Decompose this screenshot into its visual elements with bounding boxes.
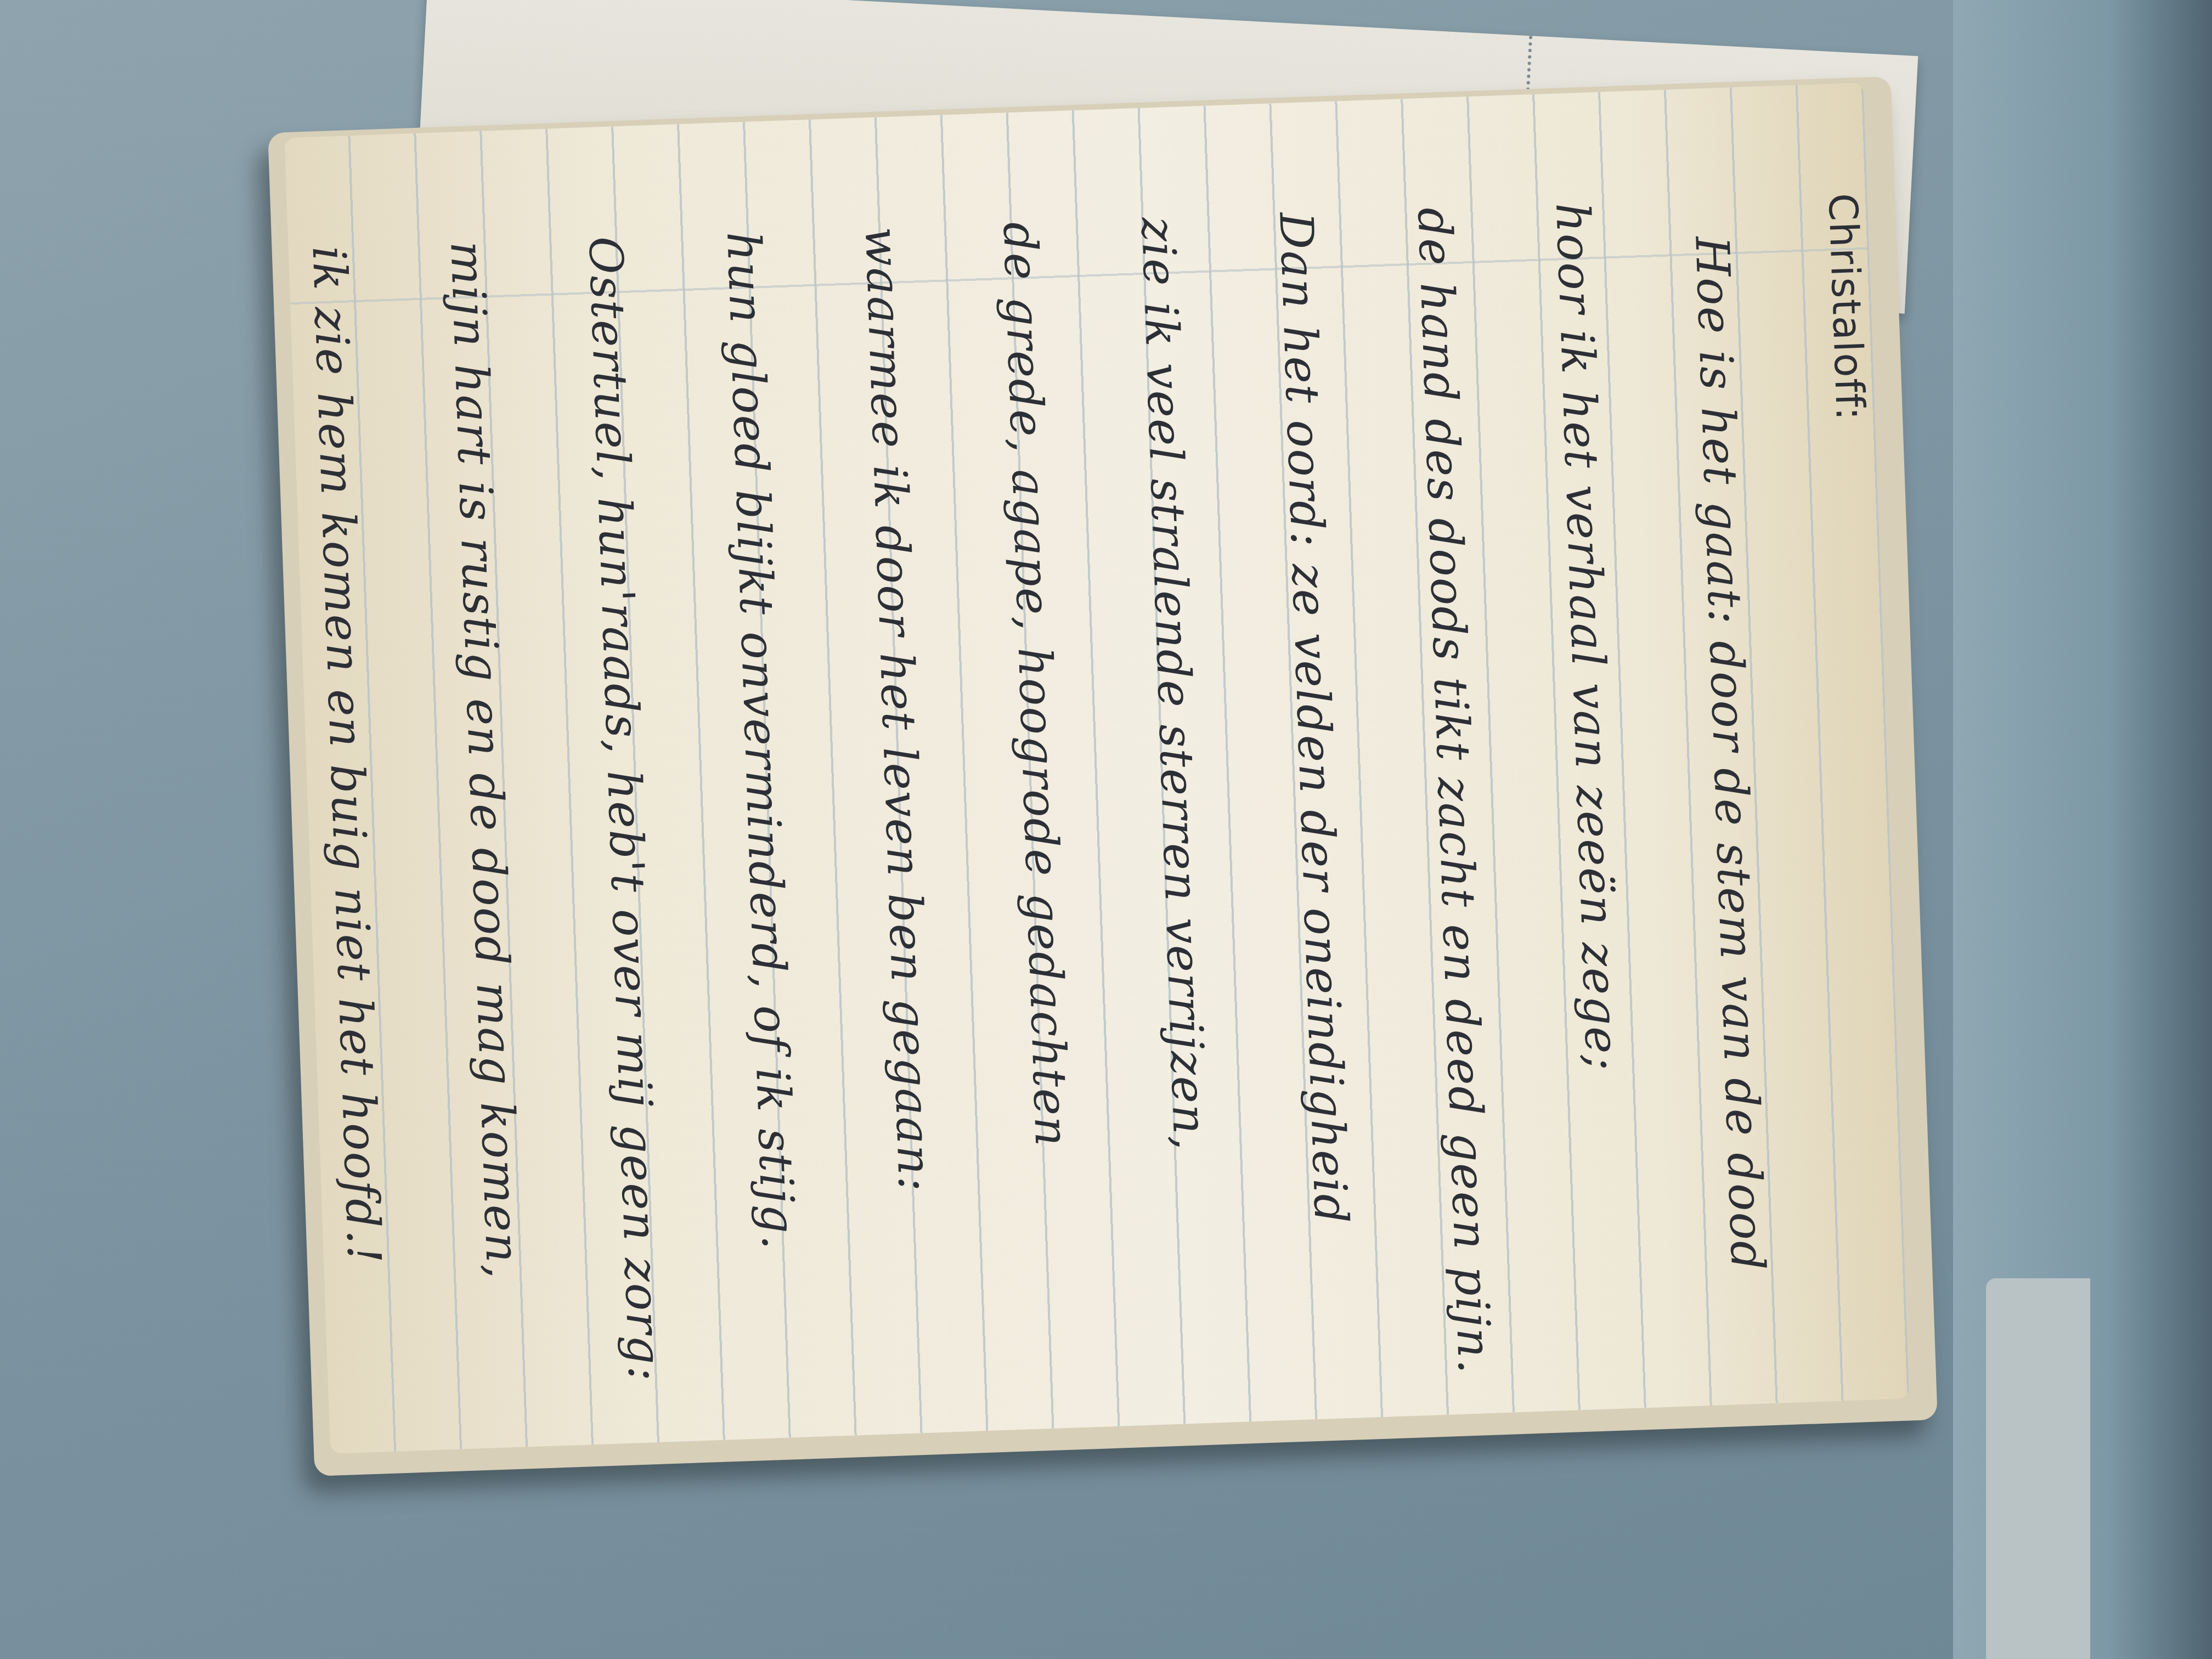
folder-tab (1986, 1278, 2090, 1659)
handwritten-text: Christaloff: Hoe is het gaat: door de st… (370, 191, 1909, 1454)
notebook: Christaloff: Hoe is het gaat: door de st… (268, 76, 1938, 1476)
notebook-page: Christaloff: Hoe is het gaat: door de st… (284, 83, 1909, 1454)
